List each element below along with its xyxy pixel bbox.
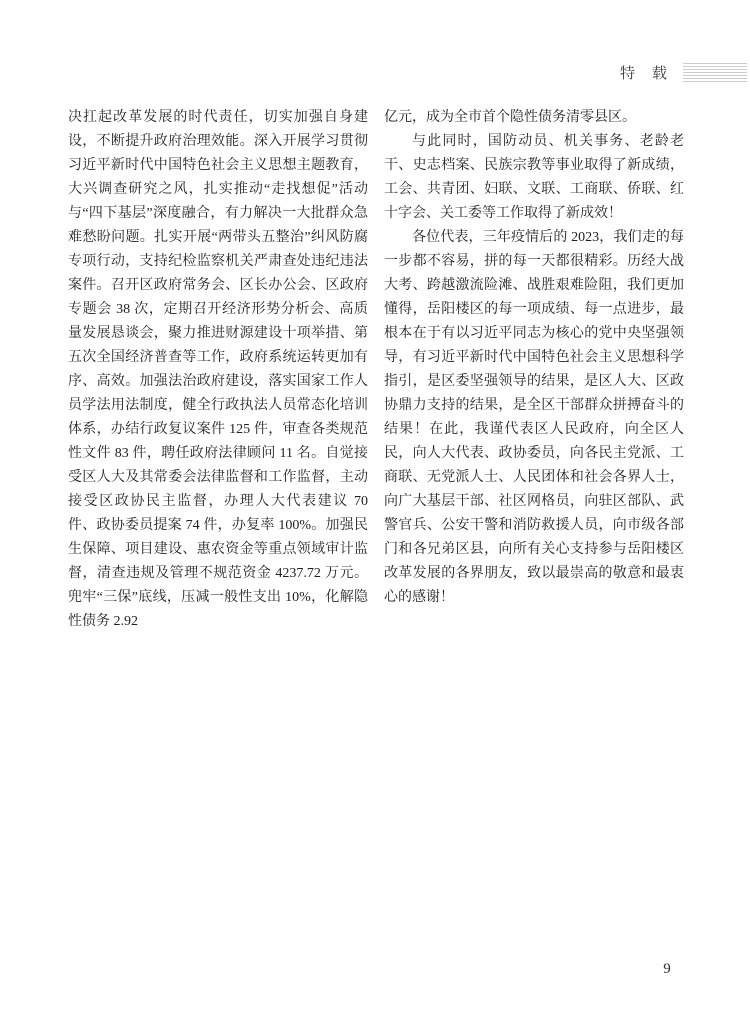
paragraph: 亿元，成为全市首个隐性债务清零县区。: [384, 106, 684, 130]
decoration-rule: [683, 75, 747, 76]
text-column-right: 亿元，成为全市首个隐性债务清零县区。 与此同时，国防动员、机关事务、老龄老干、史…: [384, 106, 684, 634]
text-column-left: 决扛起改革发展的时代责任，切实加强自身建设，不断提升政府治理效能。深入开展学习贯…: [68, 106, 368, 634]
page-number: 9: [656, 961, 678, 978]
body-content: 决扛起改革发展的时代责任，切实加强自身建设，不断提升政府治理效能。深入开展学习贯…: [68, 106, 684, 634]
document-page: 特 载 决扛起改革发展的时代责任，切实加强自身建设，不断提升政府治理效能。深入开…: [0, 0, 750, 1024]
running-head-decoration-lines: [683, 63, 747, 82]
decoration-rule: [683, 63, 747, 64]
decoration-rule: [683, 78, 747, 79]
running-head: 特 载: [620, 62, 747, 83]
paragraph: 决扛起改革发展的时代责任，切实加强自身建设，不断提升政府治理效能。深入开展学习贯…: [68, 106, 368, 634]
decoration-rule: [683, 81, 747, 82]
running-head-title: 特 载: [620, 62, 668, 83]
paragraph: 各位代表，三年疫情后的 2023，我们走的每一步都不容易，拼的每一天都很精彩。历…: [384, 226, 684, 610]
decoration-rule: [683, 72, 747, 73]
paragraph: 与此同时，国防动员、机关事务、老龄老干、史志档案、民族宗教等事业取得了新成绩，工…: [384, 130, 684, 226]
decoration-rule: [683, 66, 747, 67]
decoration-rule: [683, 69, 747, 70]
